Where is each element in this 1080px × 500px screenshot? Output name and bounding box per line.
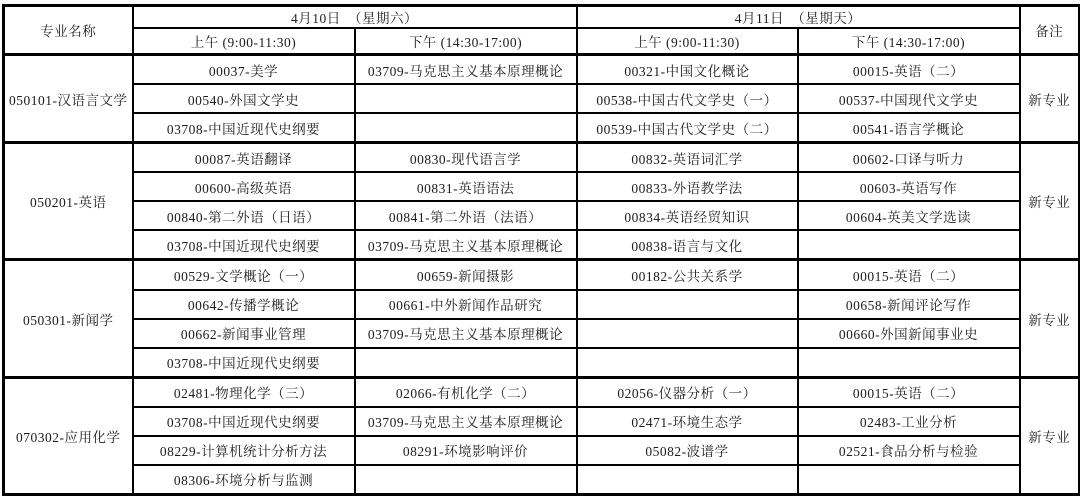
course-cell: 00658-新闻评论写作 <box>798 290 1020 319</box>
course-cell: 03708-中国近现代史纲要 <box>133 113 355 143</box>
schedule-row: 03708-中国近现代史纲要03709-马克思主义基本原理概论02471-环境生… <box>4 407 1080 436</box>
course-cell <box>798 230 1020 260</box>
course-cell: 05082-波谱学 <box>577 436 798 465</box>
course-cell: 03709-马克思主义基本原理概论 <box>355 55 577 85</box>
course-cell: 00834-英语经贸知识 <box>577 201 798 230</box>
course-cell: 00659-新闻摄影 <box>355 260 577 290</box>
course-cell <box>577 290 798 319</box>
day2-am-header: 上午 (9:00-11:30) <box>577 28 798 55</box>
course-cell: 00833-外语教学法 <box>577 172 798 201</box>
course-cell: 03708-中国近现代史纲要 <box>133 230 355 260</box>
remark-cell: 新专业 <box>1020 55 1080 143</box>
remark-cell: 新专业 <box>1020 260 1080 377</box>
exam-schedule-table: 专业名称 4月10日 （星期六） 4月11日 （星期天） 备注 上午 (9:00… <box>2 4 1080 496</box>
course-cell: 00538-中国古代文学史（一） <box>577 84 798 113</box>
day1-pm-header: 下午 (14:30-17:00) <box>355 28 577 55</box>
course-cell: 02066-有机化学（二） <box>355 377 577 407</box>
major-cell: 070302-应用化学 <box>4 377 133 494</box>
schedule-row: 050101-汉语言文学00037-美学03709-马克思主义基本原理概论003… <box>4 55 1080 85</box>
remark-cell: 新专业 <box>1020 377 1080 494</box>
course-cell: 02521-食品分析与检验 <box>798 436 1020 465</box>
course-cell: 00529-文学概论（一） <box>133 260 355 290</box>
header-row-dates: 专业名称 4月10日 （星期六） 4月11日 （星期天） 备注 <box>4 6 1080 29</box>
schedule-row: 08229-计算机统计分析方法08291-环境影响评价05082-波谱学0252… <box>4 436 1080 465</box>
course-cell: 00087-英语翻译 <box>133 143 355 173</box>
major-cell: 050201-英语 <box>4 143 133 260</box>
course-cell: 00037-美学 <box>133 55 355 85</box>
major-name-header: 专业名称 <box>4 6 133 55</box>
course-cell: 02056-仪器分析（一） <box>577 377 798 407</box>
course-cell: 00604-英美文学选读 <box>798 201 1020 230</box>
major-cell: 050101-汉语言文学 <box>4 55 133 143</box>
course-cell <box>355 113 577 143</box>
remark-header: 备注 <box>1020 6 1080 55</box>
course-cell: 00015-英语（二） <box>798 55 1020 85</box>
course-cell <box>577 348 798 378</box>
course-cell <box>355 348 577 378</box>
course-cell: 00831-英语语法 <box>355 172 577 201</box>
course-cell <box>577 319 798 348</box>
course-cell: 08291-环境影响评价 <box>355 436 577 465</box>
header-row-sessions: 上午 (9:00-11:30) 下午 (14:30-17:00) 上午 (9:0… <box>4 28 1080 55</box>
course-cell <box>355 465 577 495</box>
course-cell: 03709-马克思主义基本原理概论 <box>355 319 577 348</box>
course-cell: 00182-公共关系学 <box>577 260 798 290</box>
course-cell: 00603-英语写作 <box>798 172 1020 201</box>
course-cell: 00602-口译与听力 <box>798 143 1020 173</box>
schedule-row: 03708-中国近现代史纲要 <box>4 348 1080 378</box>
course-cell: 03708-中国近现代史纲要 <box>133 348 355 378</box>
day1-am-header: 上午 (9:00-11:30) <box>133 28 355 55</box>
course-cell <box>355 84 577 113</box>
course-cell <box>577 465 798 495</box>
course-cell: 00662-新闻事业管理 <box>133 319 355 348</box>
course-cell: 02481-物理化学（三） <box>133 377 355 407</box>
schedule-row: 00642-传播学概论00661-中外新闻作品研究00658-新闻评论写作 <box>4 290 1080 319</box>
schedule-row: 070302-应用化学02481-物理化学（三）02066-有机化学（二）020… <box>4 377 1080 407</box>
course-cell: 03709-马克思主义基本原理概论 <box>355 230 577 260</box>
schedule-row: 03708-中国近现代史纲要03709-马克思主义基本原理概论00838-语言与… <box>4 230 1080 260</box>
table-body: 050101-汉语言文学00037-美学03709-马克思主义基本原理概论003… <box>4 55 1080 495</box>
schedule-row: 050301-新闻学00529-文学概论（一）00659-新闻摄影00182-公… <box>4 260 1080 290</box>
course-cell: 00830-现代语言学 <box>355 143 577 173</box>
course-cell: 00015-英语（二） <box>798 377 1020 407</box>
schedule-row: 00840-第二外语（日语）00841-第二外语（法语）00834-英语经贸知识… <box>4 201 1080 230</box>
course-cell: 00838-语言与文化 <box>577 230 798 260</box>
exam-schedule: 专业名称 4月10日 （星期六） 4月11日 （星期天） 备注 上午 (9:00… <box>2 4 1078 496</box>
course-cell: 00540-外国文学史 <box>133 84 355 113</box>
course-cell: 00321-中国文化概论 <box>577 55 798 85</box>
course-cell: 00015-英语（二） <box>798 260 1020 290</box>
schedule-row: 08306-环境分析与监测 <box>4 465 1080 495</box>
course-cell: 08229-计算机统计分析方法 <box>133 436 355 465</box>
schedule-row: 00662-新闻事业管理03709-马克思主义基本原理概论00660-外国新闻事… <box>4 319 1080 348</box>
course-cell: 03708-中国近现代史纲要 <box>133 407 355 436</box>
course-cell: 00661-中外新闻作品研究 <box>355 290 577 319</box>
course-cell: 00537-中国现代文学史 <box>798 84 1020 113</box>
schedule-row: 03708-中国近现代史纲要00539-中国古代文学史（二）00541-语言学概… <box>4 113 1080 143</box>
course-cell: 02471-环境生态学 <box>577 407 798 436</box>
course-cell: 00541-语言学概论 <box>798 113 1020 143</box>
course-cell: 00642-传播学概论 <box>133 290 355 319</box>
course-cell: 00539-中国古代文学史（二） <box>577 113 798 143</box>
course-cell: 00840-第二外语（日语） <box>133 201 355 230</box>
schedule-row: 050201-英语00087-英语翻译00830-现代语言学00832-英语词汇… <box>4 143 1080 173</box>
course-cell: 02483-工业分析 <box>798 407 1020 436</box>
course-cell: 08306-环境分析与监测 <box>133 465 355 495</box>
major-cell: 050301-新闻学 <box>4 260 133 377</box>
course-cell <box>798 465 1020 495</box>
day1-header: 4月10日 （星期六） <box>133 6 577 29</box>
course-cell <box>798 348 1020 378</box>
course-cell: 00660-外国新闻事业史 <box>798 319 1020 348</box>
remark-cell: 新专业 <box>1020 143 1080 260</box>
course-cell: 00832-英语词汇学 <box>577 143 798 173</box>
course-cell: 00600-高级英语 <box>133 172 355 201</box>
day2-header: 4月11日 （星期天） <box>577 6 1020 29</box>
course-cell: 03709-马克思主义基本原理概论 <box>355 407 577 436</box>
day2-pm-header: 下午 (14:30-17:00) <box>798 28 1020 55</box>
table-header: 专业名称 4月10日 （星期六） 4月11日 （星期天） 备注 上午 (9:00… <box>4 6 1080 55</box>
course-cell: 00841-第二外语（法语） <box>355 201 577 230</box>
schedule-row: 00600-高级英语00831-英语语法00833-外语教学法00603-英语写… <box>4 172 1080 201</box>
schedule-row: 00540-外国文学史00538-中国古代文学史（一）00537-中国现代文学史 <box>4 84 1080 113</box>
